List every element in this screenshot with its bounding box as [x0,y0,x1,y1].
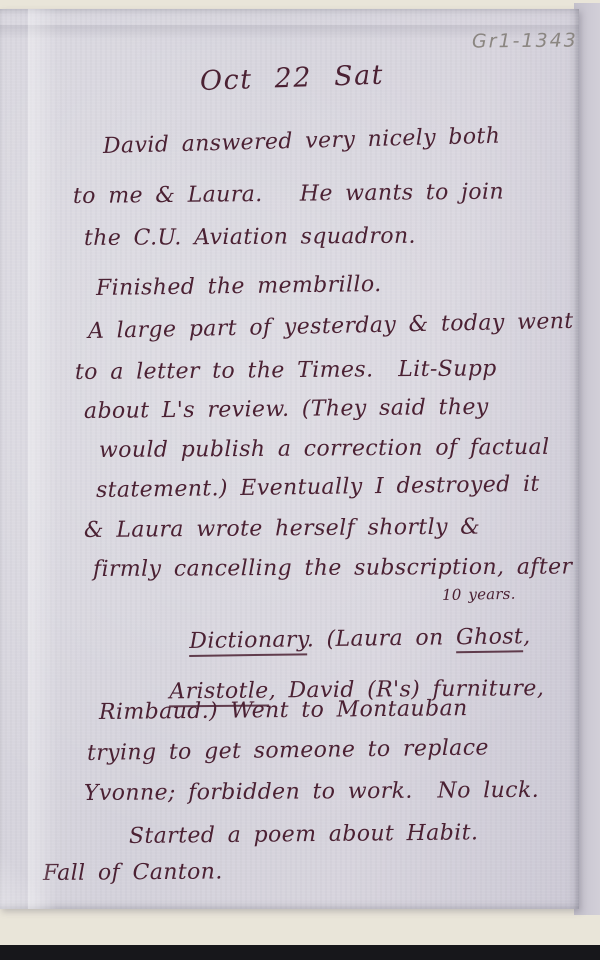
diary-line: Started a poem about Habit. [129,821,479,849]
diary-line: Finished the membrillo. [96,273,382,301]
catalog-number: Gr1-1343 [472,30,578,53]
diary-line: statement.) Eventually I destroyed it [96,473,540,503]
diary-line: to a letter to the Times. Lit-Supp [75,357,497,385]
diary-line: Yvonne; forbidden to work. No luck. [84,779,539,806]
photo-bottom-strip [0,945,600,960]
diary-line: Rimbaud.) Went to Montauban [99,697,468,725]
diary-date-heading: Oct 22 Sat [199,61,384,97]
underlined-word-ghost: Ghost [456,624,524,653]
diary-line-text: . (Laura on [307,625,457,652]
diary-line: Fall of Canton. [43,860,223,886]
diary-page: Gr1-1343 Oct 22 Sat David answered very … [0,9,579,909]
underlined-word-dictionary: Dictionary [189,628,307,658]
diary-line: about L's review. (They said they [84,396,489,424]
manuscript-photo: Gr1-1343 Oct 22 Sat David answered very … [0,0,600,960]
diary-line: & Laura wrote herself shortly & [84,516,480,544]
diary-line: would publish a correction of factual [99,436,550,463]
diary-line: the C.U. Aviation squadron. [84,225,416,252]
diary-line-text: , [523,624,531,649]
diary-line: firmly cancelling the subscription, afte… [93,555,573,582]
diary-line: to me & Laura. He wants to join [73,180,504,209]
diary-line: David answered very nicely both [103,125,501,160]
diary-line: A large part of yesterday & today went [88,310,574,344]
diary-line: trying to get someone to replace [87,736,489,766]
